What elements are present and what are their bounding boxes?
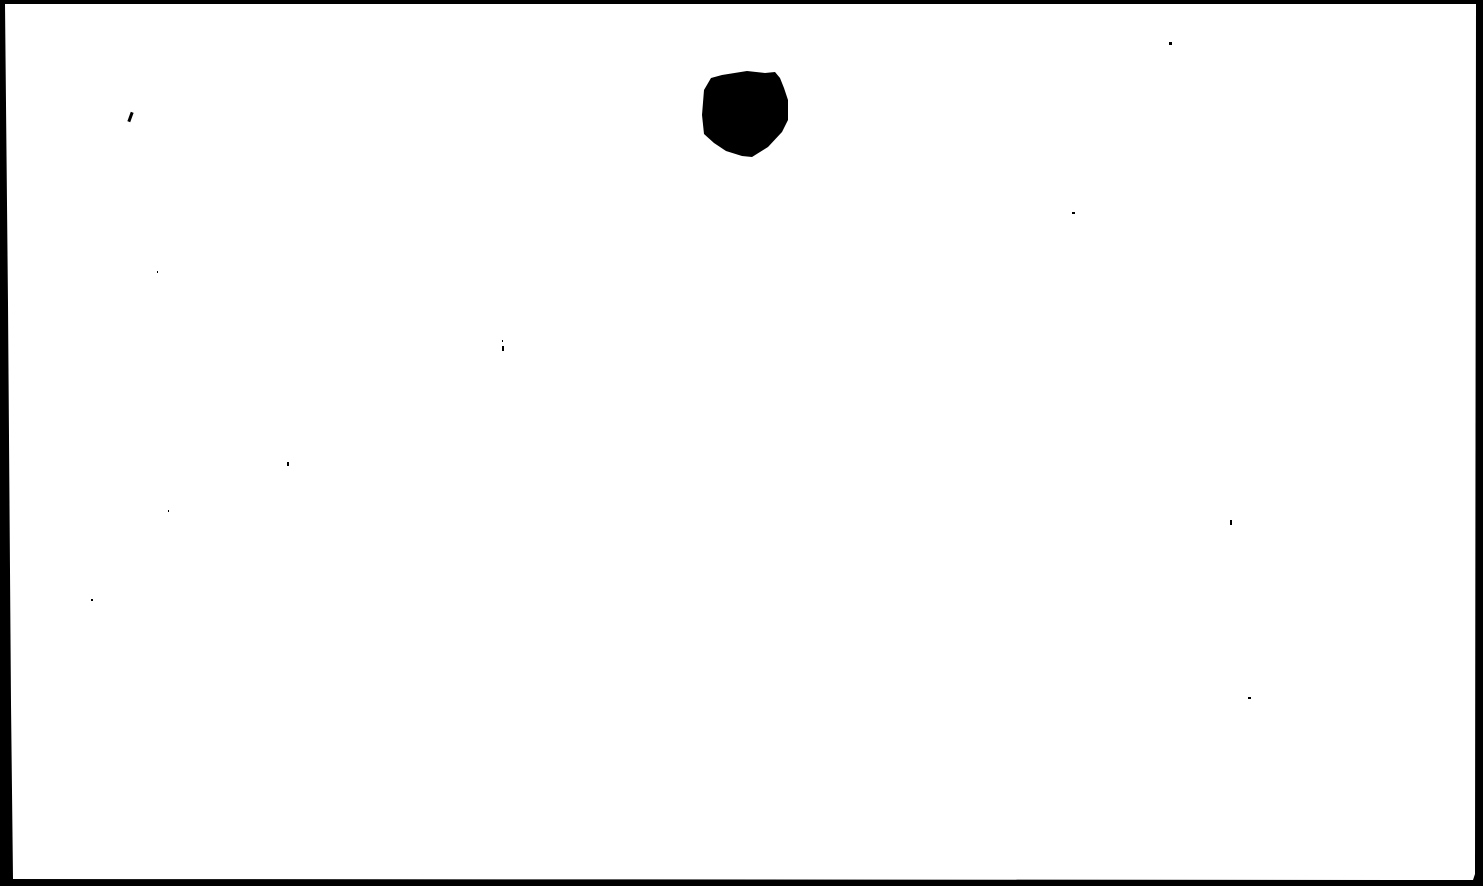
speck: [168, 510, 169, 512]
speck: [502, 346, 504, 351]
speck: [157, 271, 158, 273]
speck: [1072, 212, 1075, 214]
speck: [1248, 697, 1251, 699]
speck: [502, 340, 503, 342]
speck: [1230, 520, 1232, 525]
speck: [287, 462, 289, 466]
speck: [91, 599, 93, 601]
speck: [1169, 42, 1172, 45]
